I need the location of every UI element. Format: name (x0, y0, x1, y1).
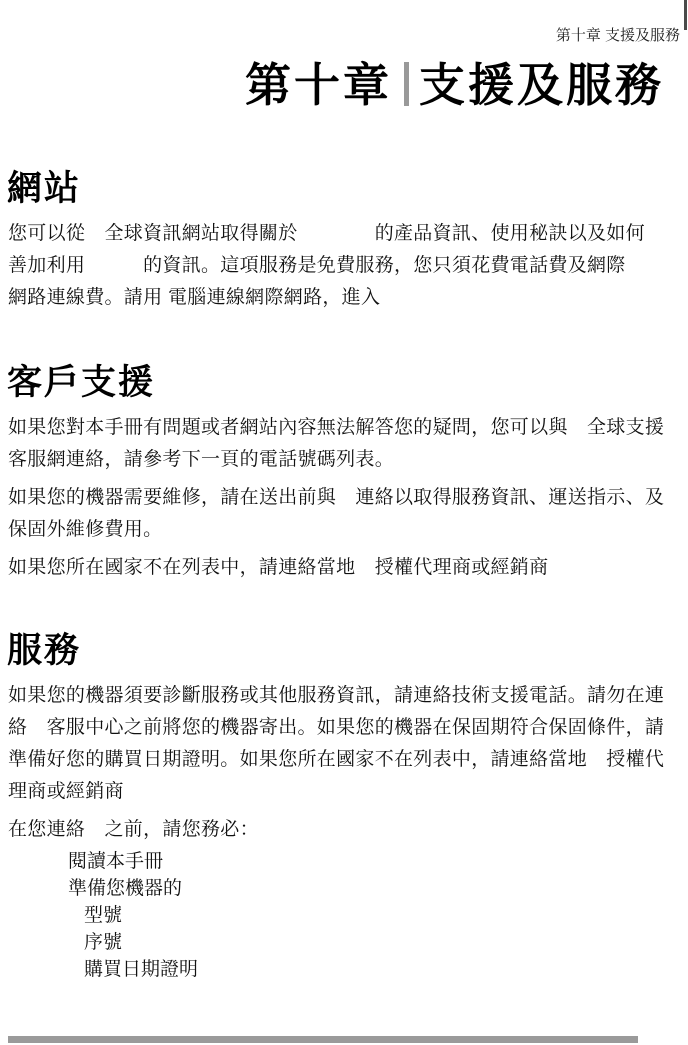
section-service: 服務 如果您的機器須要診斷服務或其他服務資訊，請連絡技術支援電話。請勿在連 絡 … (0, 630, 688, 983)
running-header: 第十章 支援及服務 (539, 6, 680, 66)
list-subitem: 購買日期證明 (0, 956, 688, 983)
section-website: 網站 您可以從 全球資訊網站取得關於 的產品資訊、使用秘訣以及如何 善加利用 的… (0, 168, 688, 314)
section-customer-support: 客戶支援 如果您對本手冊有問題或者網站內容無法解答您的疑問，您可以與 全球支援 … (0, 362, 688, 584)
running-header-text: 第十章 支援及服務 (556, 27, 680, 44)
paragraph-support-3: 如果您所在國家不在列表中，請連絡當地 授權代理商或經銷商 (0, 552, 688, 584)
list-item: 準備您機器的 (0, 875, 688, 902)
preparation-checklist: 閱讀本手冊 準備您機器的 型號 序號 購買日期證明 (0, 848, 688, 983)
chapter-number: 第十章 (245, 59, 392, 111)
section-heading-service: 服務 (0, 630, 688, 672)
paragraph-support-1: 如果您對本手冊有問題或者網站內容無法解答您的疑問，您可以與 全球支援 客服網連絡… (0, 412, 688, 476)
paragraph-support-2: 如果您的機器需要維修，請在送出前與 連絡以取得服務資訊、運送指示、及 保固外維修… (0, 482, 688, 546)
chapter-subject: 支援及服務 (419, 59, 664, 111)
title-divider (404, 62, 409, 106)
footer-bar (8, 1036, 638, 1043)
document-page: 第十章 支援及服務 第十章支援及服務 網站 您可以從 全球資訊網站取得關於 的產… (0, 0, 688, 1045)
list-subitem: 序號 (0, 929, 688, 956)
section-heading-website: 網站 (0, 168, 688, 210)
paragraph-website-1: 您可以從 全球資訊網站取得關於 的產品資訊、使用秘訣以及如何 善加利用 的資訊。… (0, 218, 688, 314)
paragraph-service-1: 如果您的機器須要診斷服務或其他服務資訊，請連絡技術支援電話。請勿在連 絡 客服中… (0, 680, 688, 808)
header-rule (684, 0, 687, 30)
list-item: 閱讀本手冊 (0, 848, 688, 875)
section-heading-customer-support: 客戶支援 (0, 362, 688, 404)
list-subitem: 型號 (0, 902, 688, 929)
paragraph-service-2: 在您連絡 之前，請您務必： (0, 814, 688, 846)
